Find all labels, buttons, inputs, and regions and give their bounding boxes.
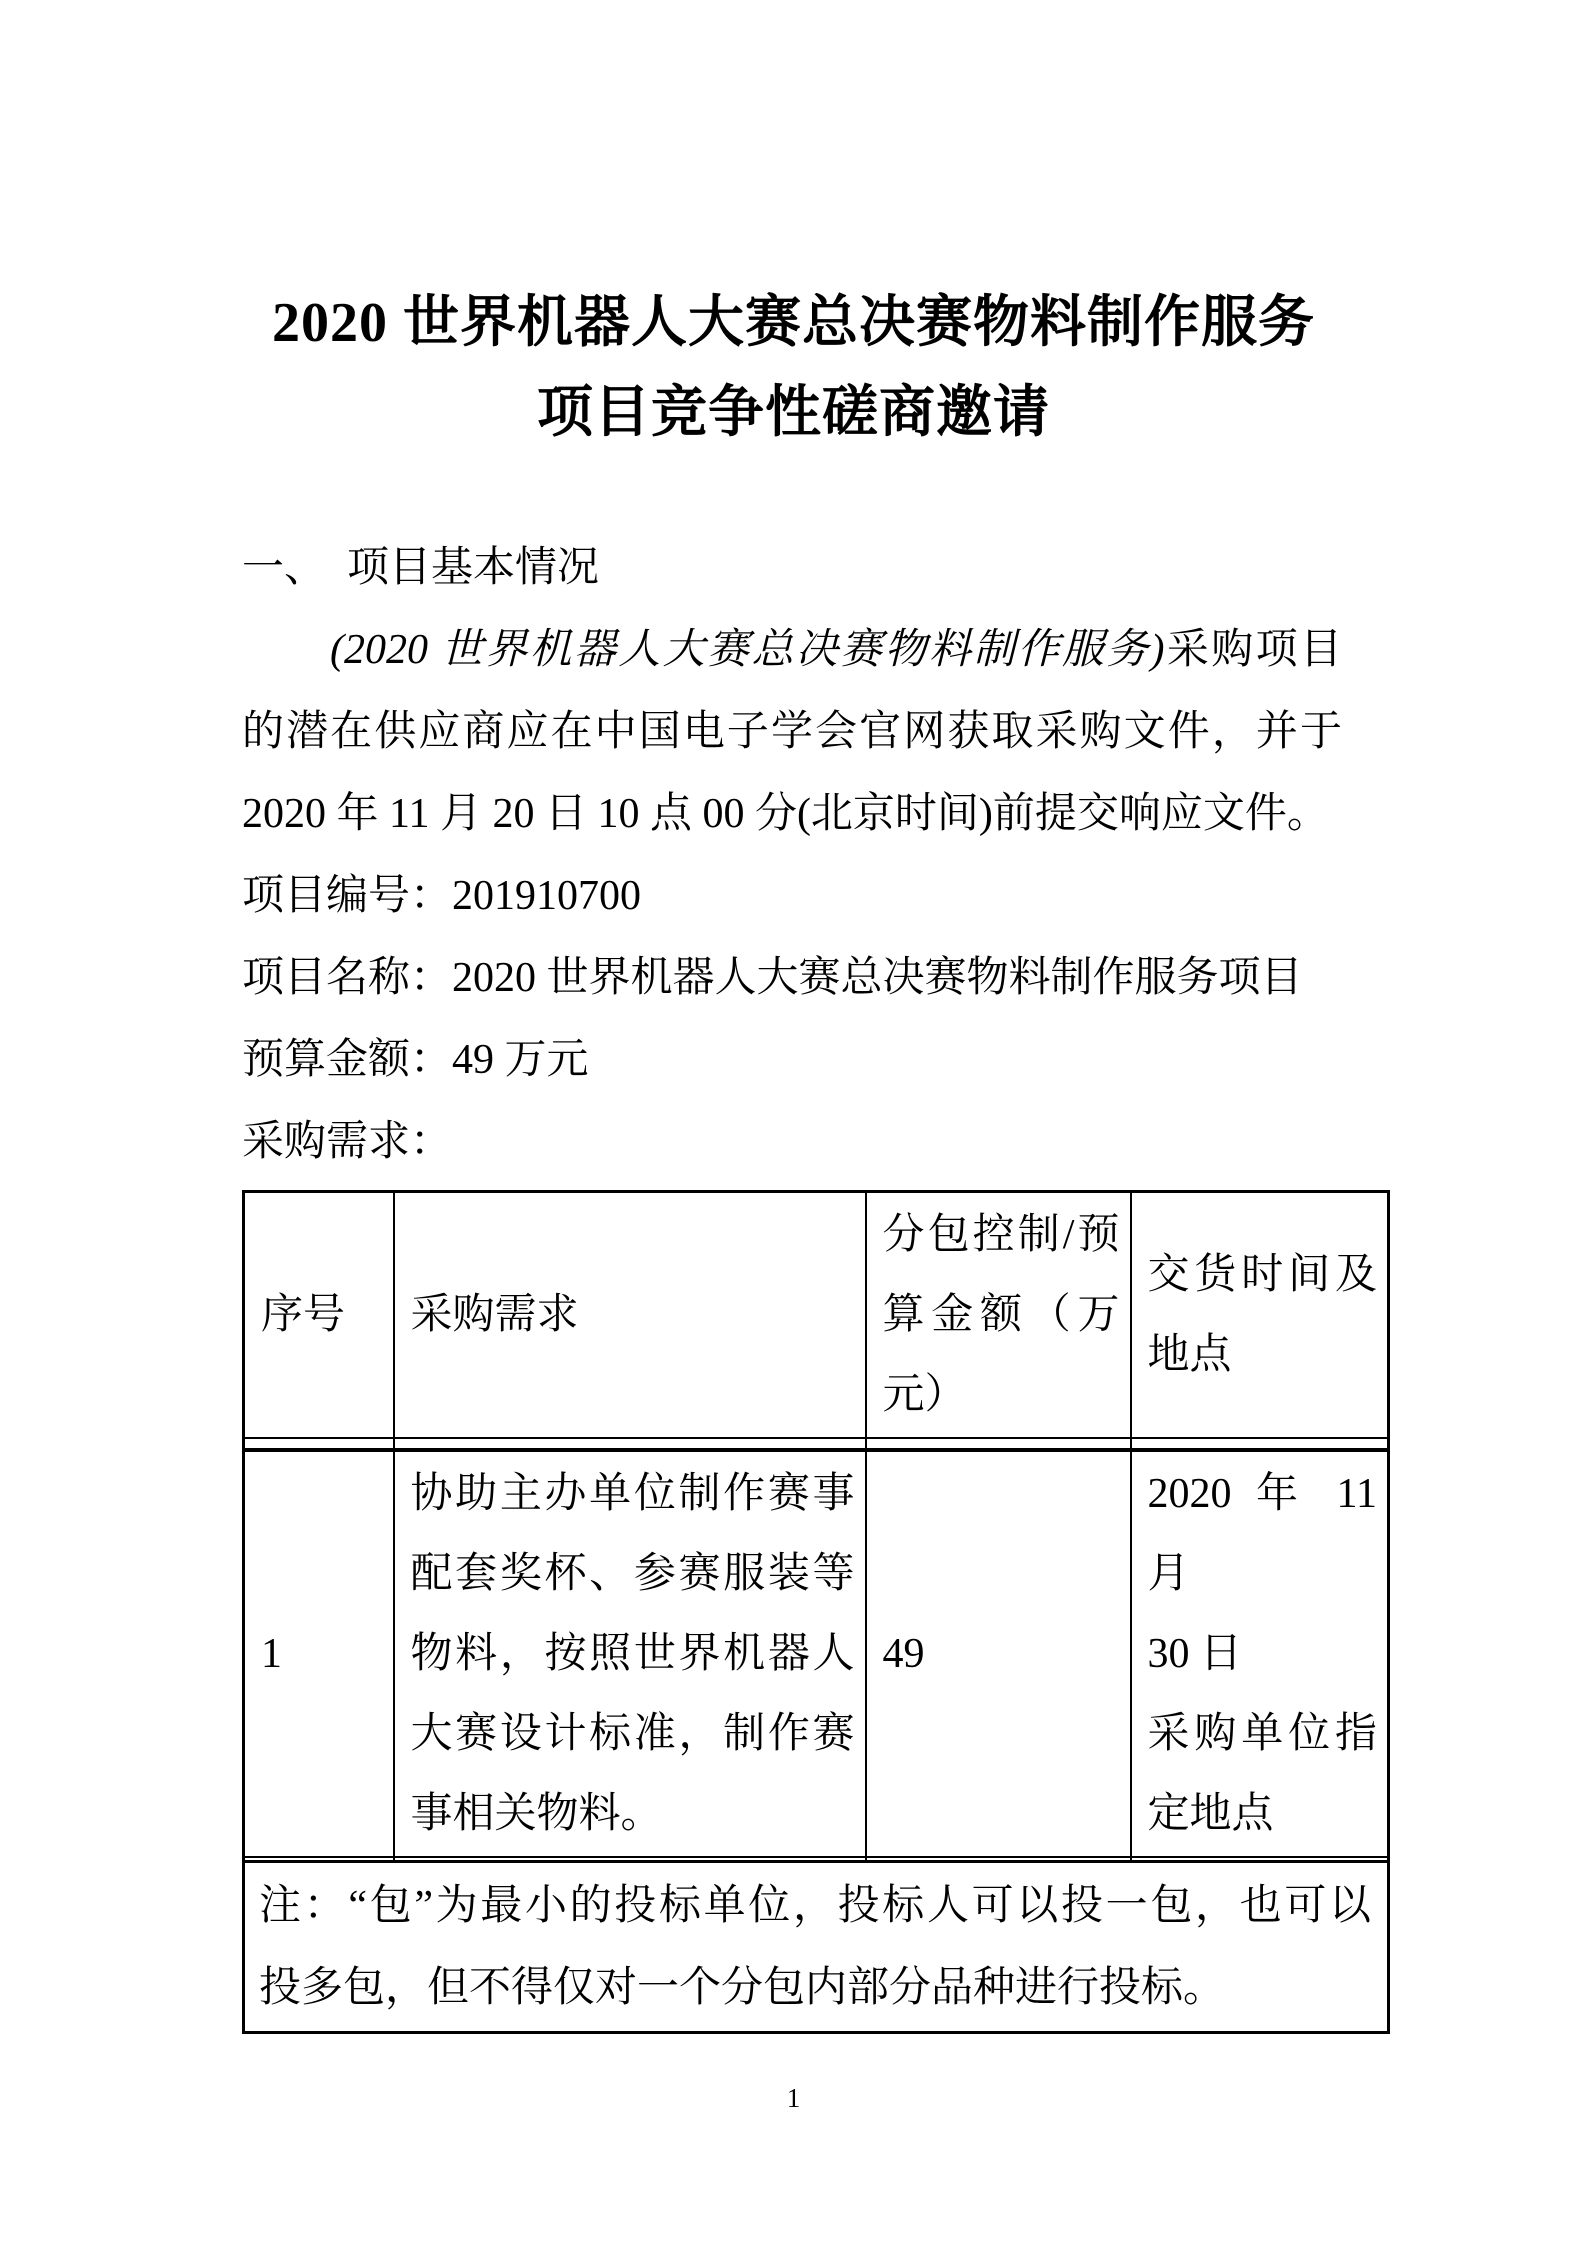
paragraph-line-3: 2020 年 11 月 20 日 10 点 00 分(北京时间)前提交响应文件。	[242, 773, 1342, 855]
document-title: 2020 世界机器人大赛总决赛物料制作服务 项目竞争性磋商邀请	[0, 278, 1587, 458]
project-name-italic: (2020 世界机器人大赛总决赛物料制作服务)	[330, 627, 1165, 673]
cell-delivery: 2020 年 11 月30 日采购单位指定地点	[1131, 1450, 1389, 1857]
cell-seq: 1	[244, 1450, 394, 1857]
field-budget-amount: 预算金额：49 万元	[242, 1019, 1342, 1101]
paragraph-line-2: 的潜在供应商应在中国电子学会官网获取采购文件，并于	[242, 691, 1342, 773]
cell-budget: 49	[866, 1450, 1131, 1857]
field-project-name: 项目名称：2020 世界机器人大赛总决赛物料制作服务项目	[242, 937, 1342, 1019]
field-project-number-value: 201910700	[452, 873, 641, 919]
document-title-line1: 2020 世界机器人大赛总决赛物料制作服务	[0, 278, 1587, 368]
header-cell-seq: 序号	[244, 1192, 394, 1439]
header-divider-row	[244, 1438, 1389, 1450]
field-project-number: 项目编号：201910700	[242, 855, 1342, 937]
field-project-number-label: 项目编号：	[242, 873, 452, 919]
header-cell-budget: 分包控制/预算金额（万元）	[866, 1192, 1131, 1439]
field-procurement-demand: 采购需求：	[242, 1101, 1342, 1183]
header-cell-demand: 采购需求	[394, 1192, 866, 1439]
field-budget-amount-value: 49 万元	[452, 1037, 589, 1083]
document-page: 2020 世界机器人大赛总决赛物料制作服务 项目竞争性磋商邀请 一、 项目基本情…	[0, 0, 1587, 2245]
document-body: 一、 项目基本情况 (2020 世界机器人大赛总决赛物料制作服务)采购项目 的潜…	[242, 527, 1342, 1183]
field-procurement-demand-label: 采购需求：	[242, 1119, 452, 1165]
paragraph-line-1: (2020 世界机器人大赛总决赛物料制作服务)采购项目	[242, 609, 1342, 691]
field-project-name-label: 项目名称：	[242, 955, 452, 1001]
table-header-row: 序号 采购需求 分包控制/预算金额（万元） 交货时间及地点	[244, 1192, 1389, 1439]
page-number: 1	[0, 2078, 1587, 2118]
table-note-row: 注：“包”为最小的投标单位，投标人可以投一包，也可以投多包，但不得仅对一个分包内…	[244, 1861, 1389, 2032]
procurement-table: 序号 采购需求 分包控制/预算金额（万元） 交货时间及地点 1 协助主办单位制作…	[242, 1190, 1390, 2034]
field-budget-amount-label: 预算金额：	[242, 1037, 452, 1083]
header-cell-delivery: 交货时间及地点	[1131, 1192, 1389, 1439]
table-row: 1 协助主办单位制作赛事配套奖杯、参赛服装等物料，按照世界机器人大赛设计标准，制…	[244, 1450, 1389, 1857]
note-cell: 注：“包”为最小的投标单位，投标人可以投一包，也可以投多包，但不得仅对一个分包内…	[244, 1861, 1389, 2032]
field-project-name-value: 2020 世界机器人大赛总决赛物料制作服务项目	[452, 955, 1303, 1001]
cell-demand: 协助主办单位制作赛事配套奖杯、参赛服装等物料，按照世界机器人大赛设计标准，制作赛…	[394, 1450, 866, 1857]
document-title-line2: 项目竞争性磋商邀请	[0, 368, 1587, 458]
paragraph-line-1-rest: 采购项目	[1165, 627, 1342, 673]
section-heading: 一、 项目基本情况	[242, 527, 1342, 609]
